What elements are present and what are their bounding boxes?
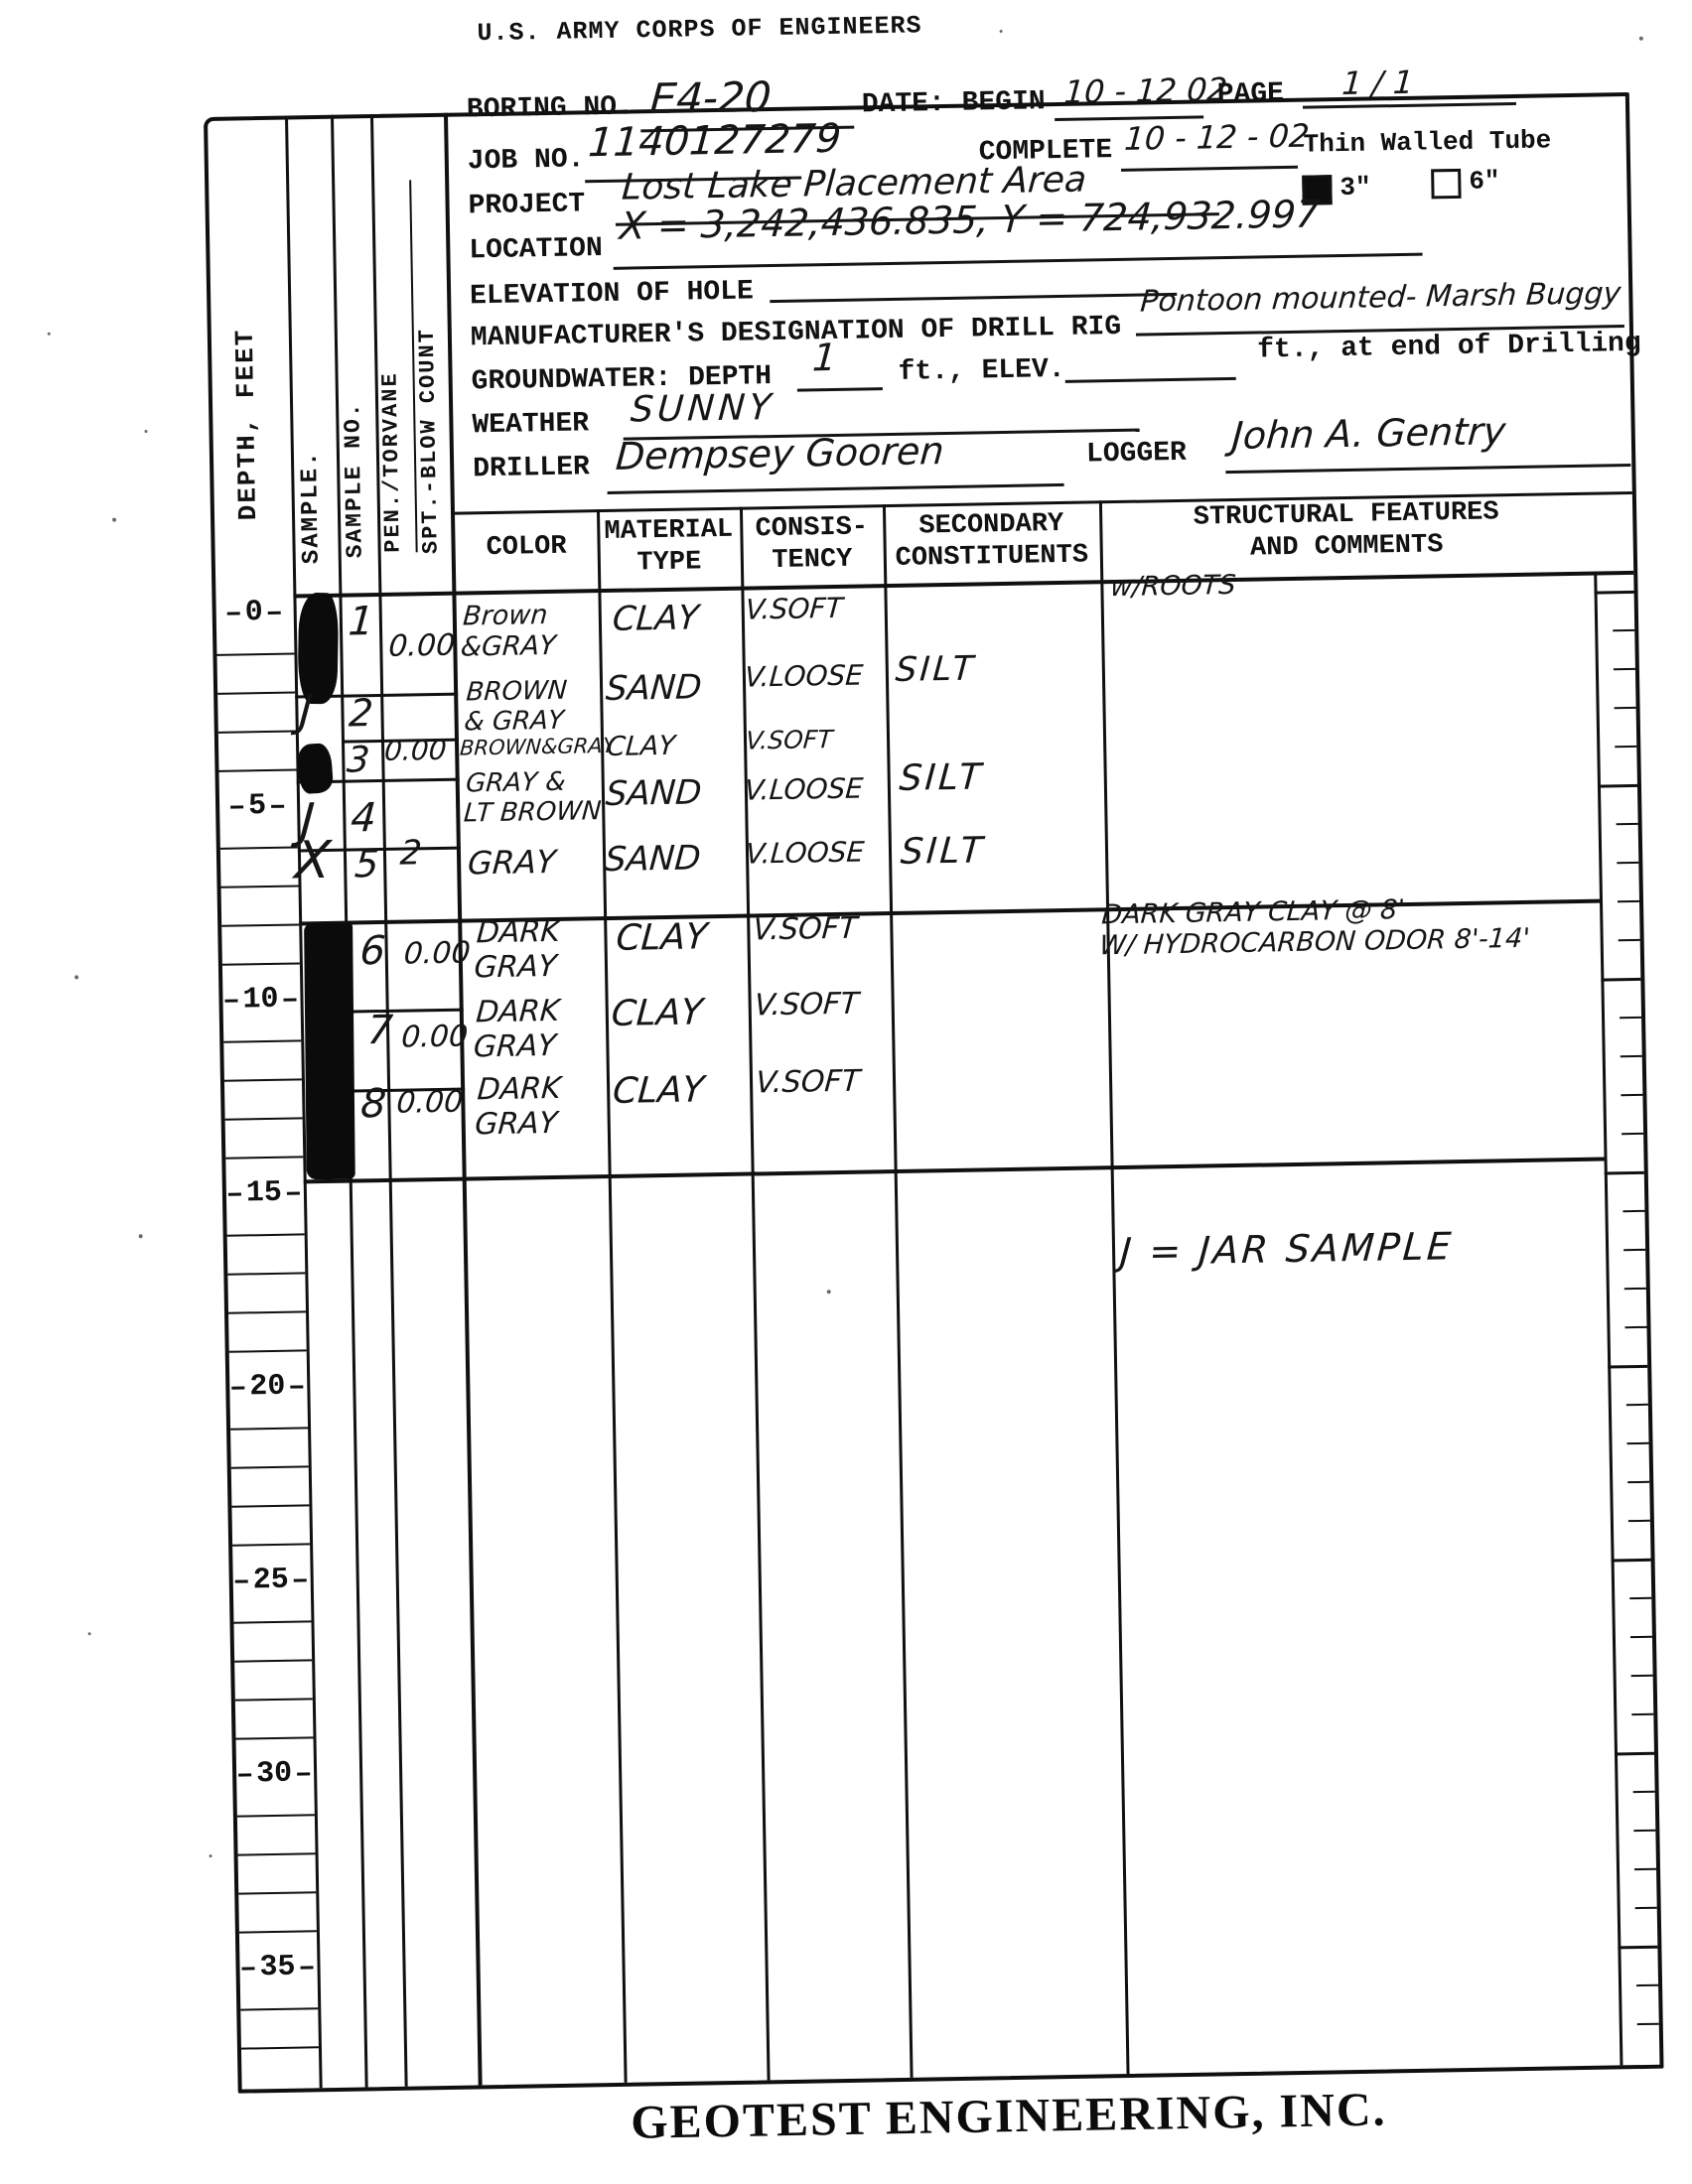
material-cell: CLAY [606,731,676,762]
pen-value: 0.00 [395,1086,464,1122]
scan-speck [1000,30,1003,33]
right-ruler-minor-tick [1628,1520,1650,1522]
sample-6-8-fill-bar [304,923,355,1179]
right-ruler-minor-tick [1637,2023,1659,2025]
pen-value: 0.00 [387,629,456,665]
right-ruler-minor-tick [1615,746,1636,748]
sample-3-fill-mark [297,743,334,794]
right-ruler-minor-tick [1629,1597,1651,1599]
color-cell: DARK GRAY [473,915,561,986]
right-ruler-minor-tick [1633,1791,1655,1793]
sample-no: 7 [365,1008,394,1054]
secondary-cell: SILT [900,830,987,873]
consistency-cell: V.LOOSE [744,772,864,806]
header-color: COLOR [455,531,598,565]
pen-value: 0.00 [400,1020,469,1055]
pen-value: 2 [399,834,423,874]
sample-5-x-mark: X [293,832,333,892]
depth-label-20: 20 [227,1369,308,1404]
date-begin-label: DATE: BEGIN [862,86,1046,120]
consistency-cell: V.SOFT [752,912,858,948]
elevation-label: ELEVATION OF HOLE [470,276,754,312]
sample-no: 3 [346,740,371,781]
right-ruler-minor-tick [1634,1868,1656,1870]
driller-label: DRILLER [473,452,590,484]
color-cell: DARK GRAY [474,1072,562,1143]
right-ruler-minor-tick [1623,1249,1645,1251]
header-material-type: MATERIAL TYPE [597,515,741,581]
sample-no: 1 [347,599,375,645]
scan-speck [88,1632,91,1635]
right-ruler-minor-tick [1621,1094,1642,1096]
material-cell: CLAY [615,916,709,959]
depth-label-0: 0 [213,595,294,629]
right-ruler-minor-tick [1631,1713,1653,1715]
right-ruler-minor-tick [1630,1636,1652,1638]
depth-label-35: 35 [237,1950,318,1984]
right-ruler-minor-tick [1621,1133,1643,1135]
material-cell: CLAY [610,992,704,1034]
sample-no: 5 [353,843,380,887]
checkbox-6-inch-label: 6" [1469,166,1500,197]
right-ruler-minor-tick [1614,668,1635,670]
date-complete-value: 10 - 12 - 02 [1123,118,1310,158]
comment-cell: w/ROOTS [1109,570,1236,603]
color-cell: Brown &GRAY [460,600,559,663]
page-label: PAGE [1216,78,1284,110]
right-ruler-minor-tick [1627,1442,1649,1444]
right-ruler-minor-tick [1615,707,1636,709]
right-ruler-minor-tick [1624,1326,1646,1328]
pen-value: 0.00 [403,936,472,972]
material-cell: SAND [605,773,703,814]
groundwater-depth-value: 1 [811,337,838,380]
scan-speck [144,430,147,433]
scanned-boring-log-sheet: U.S. ARMY CORPS OF ENGINEERS DEPTH, FEET… [0,0,1692,2184]
color-cell: DARK GRAY [473,995,561,1065]
material-cell: CLAY [612,1069,706,1112]
right-ruler-minor-tick [1617,862,1638,864]
checkbox-3-inch-label: 3" [1339,172,1371,203]
consistency-cell: V.LOOSE [744,659,864,693]
right-ruler-minor-tick [1620,1017,1641,1019]
scan-speck [827,1290,831,1294]
location-label: LOCATION [469,233,603,266]
consistency-cell: V.LOOSE [745,836,865,870]
depth-label-25: 25 [230,1563,311,1597]
page-value: 1 / 1 [1340,65,1414,102]
color-cell: GRAY & LT BROWN [463,767,605,829]
job-no-value: 1140127279 [587,116,843,167]
company-footer: GEOTEST ENGINEERING, INC. [631,2083,1387,2150]
weather-label: WEATHER [472,408,589,441]
right-ruler-minor-tick [1624,1288,1646,1290]
right-ruler-minor-tick [1622,1210,1644,1212]
header-secondary-constituents: SECONDARY CONSTITUENTS [883,508,1100,576]
job-no-label: JOB NO. [468,144,585,177]
consistency-cell: V.SOFT [754,988,860,1024]
logger-label: LOGGER [1086,438,1187,471]
right-ruler-minor-tick [1613,629,1634,631]
comment-cell: DARK GRAY CLAY @ 8' W/ HYDROCARBON ODOR … [1098,891,1599,962]
column-label-sample: SAMPLE. [293,246,326,564]
right-ruler-minor-tick [1627,1481,1649,1483]
color-cell: GRAY [467,844,557,882]
date-begin-value: 10 - 12 02 [1062,71,1228,111]
boring-no-value: E4-20 [648,73,773,123]
depth-label-5: 5 [217,788,298,823]
depth-label-15: 15 [224,1175,305,1210]
right-ruler-minor-tick [1635,1907,1657,1909]
sample-no: 2 [348,692,374,736]
color-cell: BROWN & GRAY [463,677,568,739]
secondary-cell: SILT [898,756,985,799]
right-ruler-minor-tick [1633,1830,1655,1832]
pen-value: 0.00 [383,735,448,767]
scan-speck [1639,37,1643,41]
right-ruler-minor-tick [1636,1984,1658,1986]
column-label-depth-feet: DEPTH, FEET [227,163,263,520]
driller-value: Dempsey Gooren [615,430,946,479]
sample-no: 8 [359,1081,388,1128]
thin-walled-tube-label: Thin Walled Tube [1303,125,1551,159]
scan-speck [48,333,51,336]
logger-value: John A. Gentry [1230,410,1507,459]
ft-elev-label: ft., ELEV. [898,354,1065,388]
header-structural-features: STRUCTURAL FEATURES AND COMMENTS [1099,496,1594,568]
scan-speck [139,1234,143,1238]
material-cell: CLAY [612,599,700,639]
scan-speck [112,518,116,522]
consistency-cell: V.SOFT [755,1065,861,1101]
depth-label-10: 10 [220,982,301,1017]
material-cell: SAND [605,668,703,709]
right-ruler-minor-tick [1626,1404,1648,1406]
weather-value: SUNNY [630,387,776,431]
depth-label-30: 30 [234,1756,315,1791]
page-title: U.S. ARMY CORPS OF ENGINEERS [477,11,922,48]
right-ruler-minor-tick [1619,939,1640,941]
material-cell: SAND [604,839,702,880]
right-ruler-minor-tick [1617,823,1638,825]
consistency-cell: V.SOFT [745,593,844,626]
checkbox-6-inch [1431,169,1462,200]
scan-speck [74,975,78,979]
right-ruler-minor-tick [1618,900,1639,902]
right-ruler-minor-tick [1631,1675,1653,1677]
project-label: PROJECT [468,189,585,221]
right-ruler-minor-tick [1621,1055,1642,1057]
consistency-cell: V.SOFT [745,726,833,755]
sample-no: 6 [358,928,387,975]
color-cell: BROWN&GRAY [459,734,616,760]
sample-no: 4 [350,795,378,842]
header-consistency: CONSIS- TENCY [740,512,884,578]
scan-speck [210,1854,212,1857]
jar-sample-note: J = JAR SAMPLE [1119,1225,1456,1275]
secondary-cell: SILT [894,649,977,690]
